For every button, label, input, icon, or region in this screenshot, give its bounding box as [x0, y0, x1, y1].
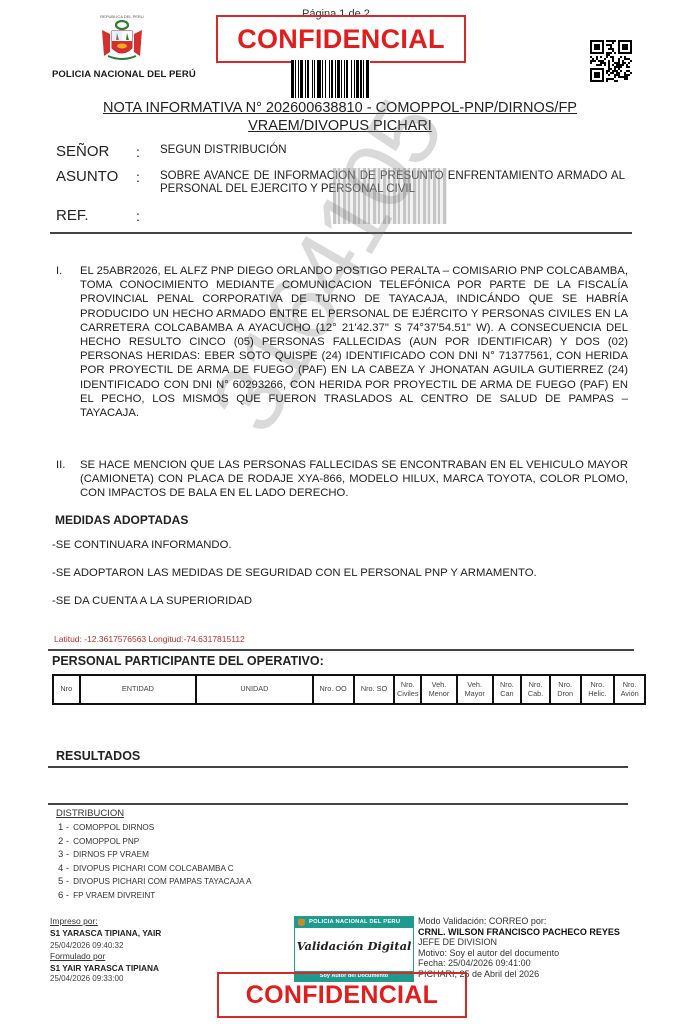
- printed-by-label: Impreso por:: [50, 916, 161, 926]
- measure-item: -SE DA CUENTA A LA SUPERIORIDAD: [52, 595, 252, 607]
- institution-name: POLICIA NACIONAL DEL PERÚ: [52, 69, 196, 80]
- distribution-item: 3 -DIRNOS FP VRAEM: [58, 849, 251, 863]
- operation-table-heading: PERSONAL PARTICIPANTE DEL OPERATIVO:: [52, 654, 324, 668]
- formulated-by-name: S1 YAIR YARASCA TIPIANA: [50, 963, 161, 973]
- measure-item: -SE CONTINUARA INFORMANDO.: [52, 539, 232, 551]
- distribution-item-name: DIRNOS FP VRAEM: [73, 850, 149, 859]
- signer-role: JEFE DE DIVISION: [418, 937, 620, 948]
- coords-divider: [48, 649, 634, 651]
- table-column-header: ENTIDAD: [80, 675, 197, 704]
- signature-block: Modo Validación: CORREO por: CRNL. WILSO…: [418, 916, 620, 979]
- distribution-item: 4 -DIVOPUS PICHARI COM COLCABAMBA C: [58, 863, 251, 877]
- table-column-header: Nro. Dron: [550, 675, 581, 704]
- table-column-header: Nro: [53, 675, 80, 704]
- paragraph-1: EL 25ABR2026, EL ALFZ PNP DIEGO ORLANDO …: [80, 264, 628, 420]
- distribution-list: 1 -COMOPPOL DIRNOS2 -COMOPPOL PNP3 -DIRN…: [58, 822, 251, 904]
- table-column-header: Nro. Avión: [614, 675, 645, 704]
- distribution-item-number: 2 -: [58, 836, 69, 847]
- field-colon: :: [136, 169, 140, 185]
- field-label-ref: REF.: [56, 207, 89, 224]
- table-column-header: Nro. Can: [493, 675, 522, 704]
- distribution-item: 1 -COMOPPOL DIRNOS: [58, 822, 251, 836]
- distribution-item-name: FP VRAEM DIVREINT: [73, 891, 155, 900]
- distribution-item-number: 4 -: [58, 863, 69, 874]
- results-heading: RESULTADOS: [56, 749, 140, 763]
- shield-icon: [298, 919, 305, 926]
- table-column-header: UNIDAD: [196, 675, 313, 704]
- distribution-item: 5 -DIVOPUS PICHARI COM PAMPAS TAYACAJA A: [58, 876, 251, 890]
- geo-coordinates: Latitud: -12.3617576563 Longitud:-74.631…: [54, 634, 245, 644]
- results-divider-top: [48, 766, 628, 768]
- distribution-item-number: 1 -: [58, 822, 69, 833]
- signature-date: Fecha: 25/04/2026 09:41:00: [418, 958, 620, 969]
- table-column-header: Veh. Menor: [421, 675, 457, 704]
- distribution-item: 6 -FP VRAEM DIVREINT: [58, 890, 251, 904]
- field-value-senor: SEGUN DISTRIBUCIÓN: [160, 144, 287, 157]
- validation-badge-title: Validación Digital: [295, 939, 413, 953]
- distribution-item-name: DIVOPUS PICHARI COM PAMPAS TAYACAJA A: [73, 877, 251, 886]
- table-column-header: Nro. Helic.: [581, 675, 615, 704]
- table-header-row: NroENTIDADUNIDADNro. OONro. SONro. Civil…: [53, 675, 645, 704]
- validation-mode: Modo Validación: CORREO por:: [418, 916, 620, 927]
- distribution-title: DISTRIBUCION: [56, 808, 124, 819]
- field-label-senor: SEÑOR: [56, 143, 109, 160]
- peru-coat-of-arms-logo: REPUBLICA DEL PERU: [96, 12, 148, 66]
- logo-caption: REPUBLICA DEL PERU: [100, 14, 144, 19]
- distribution-item-number: 6 -: [58, 890, 69, 901]
- signature-reason: Motivo: Soy el autor del documento: [418, 948, 620, 959]
- distribution-item-number: 5 -: [58, 876, 69, 887]
- field-colon: :: [136, 208, 140, 224]
- distribution-item-number: 3 -: [58, 849, 69, 860]
- printed-by-name: S1 YARASCA TIPIANA, YAIR: [50, 928, 161, 938]
- measures-heading: MEDIDAS ADOPTADAS: [55, 513, 188, 527]
- table-column-header: Nro. OO: [313, 675, 354, 704]
- confidential-stamp: CONFIDENCIAL: [216, 15, 466, 63]
- measure-item: -SE ADOPTARON LAS MEDIDAS DE SEGURIDAD C…: [52, 567, 537, 579]
- field-colon: :: [136, 144, 140, 160]
- table-column-header: Nro. Cab.: [521, 675, 550, 704]
- confidential-stamp-bottom: CONFIDENCIAL: [217, 972, 467, 1018]
- validation-badge-header-text: POLICIA NACIONAL DEL PERU: [309, 919, 400, 925]
- signer-name: CRNL. WILSON FRANCISCO PACHECO REYES: [418, 927, 620, 938]
- qr-code[interactable]: [590, 40, 632, 82]
- distribution-item: 2 -COMOPPOL PNP: [58, 836, 251, 850]
- document-title-line-1: NOTA INFORMATIVA N° 202600638810 - COMOP…: [60, 99, 620, 117]
- printed-date: 25/04/2026 09:40:32: [50, 941, 161, 950]
- distribution-item-name: COMOPPOL PNP: [73, 837, 139, 846]
- formulated-date: 25/04/2026 09:33:00: [50, 974, 161, 983]
- formulated-by-label: Formulado por: [50, 951, 161, 961]
- results-divider-bottom: [48, 803, 628, 805]
- paragraph-numeral-2: II.: [56, 459, 65, 471]
- print-info: Impreso por: S1 YARASCA TIPIANA, YAIR 25…: [50, 916, 161, 983]
- paragraph-numeral-1: I.: [56, 265, 62, 277]
- table-column-header: Veh. Mayor: [457, 675, 493, 704]
- table-column-header: Nro. Civiles: [394, 675, 421, 704]
- document-title-line-2: VRAEM/DIVOPUS PICHARI: [60, 117, 620, 135]
- distribution-item-name: COMOPPOL DIRNOS: [73, 823, 154, 832]
- operation-personnel-table: NroENTIDADUNIDADNro. OONro. SONro. Civil…: [52, 674, 646, 705]
- distribution-item-name: DIVOPUS PICHARI COM COLCABAMBA C: [73, 864, 234, 873]
- table-column-header: Nro. SO: [354, 675, 395, 704]
- validation-badge-header: POLICIA NACIONAL DEL PERU: [295, 917, 413, 928]
- document-title: NOTA INFORMATIVA N° 202600638810 - COMOP…: [60, 99, 620, 135]
- field-label-asunto: ASUNTO: [56, 168, 118, 185]
- paragraph-2: SE HACE MENCION QUE LAS PERSONAS FALLECI…: [80, 458, 628, 501]
